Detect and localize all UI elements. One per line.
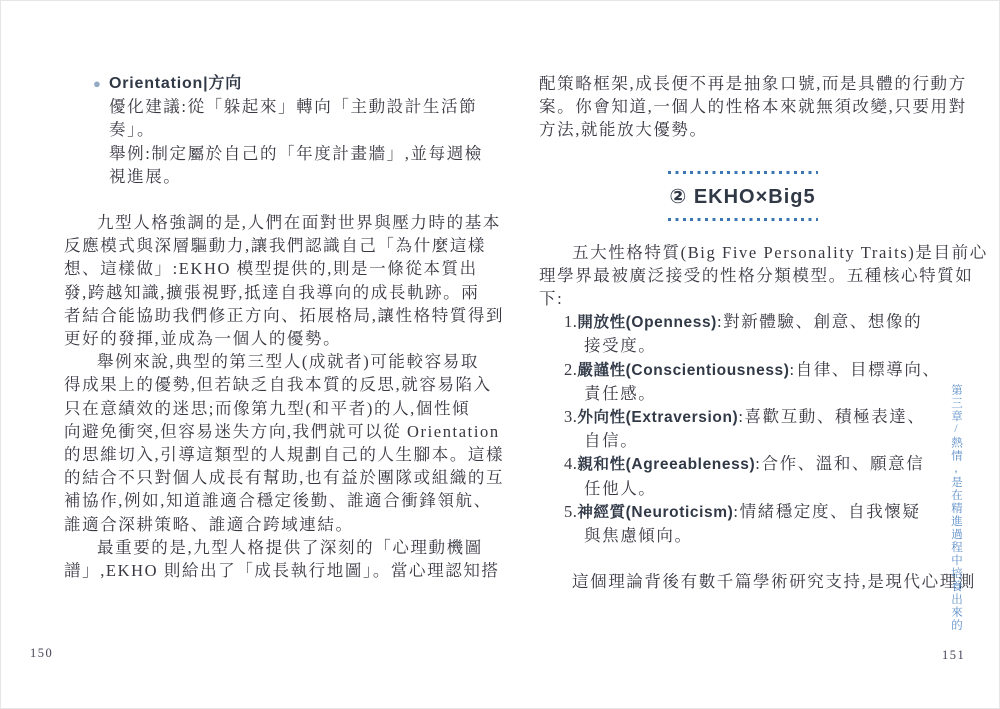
list-item: 2.嚴謹性(Conscientiousness):自律、目標導向、 責任感。 <box>539 358 946 405</box>
text-line: 得成果上的優勢,但若缺乏自我本質的反思,就容易陷入 <box>64 373 471 396</box>
text-line: 反應模式與深層驅動力,讓我們認識自己「為什麼這樣 <box>64 234 471 257</box>
text-line: 理學界最被廣泛接受的性格分類模型。五種核心特質如 <box>539 264 946 287</box>
text-line: 奏」。 <box>109 118 471 141</box>
list-text-wrap: 責任感。 <box>584 382 946 405</box>
list-number: 4. <box>564 454 577 473</box>
list-term: 開放性(Openness) <box>577 314 717 331</box>
paragraph: 最重要的是,九型人格提供了深刻的「心理動機圖譜」,EKHO 則給出了「成長執行地… <box>64 536 471 582</box>
text-line: 最重要的是,九型人格提供了深刻的「心理動機圖 <box>64 536 471 559</box>
list-number: 1. <box>564 312 577 331</box>
text-line: 想、這樣做」:EKHO 模型提供的,則是一條從本質出 <box>64 257 471 280</box>
list-term: 外向性(Extraversion) <box>577 409 738 426</box>
bullet-section: ● Orientation|方向 優化建議:從「躲起來」轉向「主動設計生活節奏」… <box>109 72 471 188</box>
paragraph: 五大性格特質(Big Five Personality Traits)是目前心理… <box>539 241 946 311</box>
list-text: :合作、溫和、願意信 <box>755 454 924 473</box>
spacer <box>539 547 946 570</box>
text-line: 向避免衝突,但容易迷失方向,我們就可以從 Orientation <box>64 420 471 443</box>
paragraph: 九型人格強調的是,人們在面對世界與壓力時的基本反應模式與深層驅動力,讓我們認識自… <box>64 211 471 350</box>
list-text: :情緒穩定度、自我懷疑 <box>733 502 920 521</box>
list-text: :對新體驗、創意、想像的 <box>717 312 922 331</box>
text-line: 的思維切入,引導這類型的人規劃自己的人生腳本。這樣 <box>64 443 471 466</box>
text-line: 案。你會知道,一個人的性格本來就無須改變,只要用對 <box>539 95 946 118</box>
bullet-section-heading: Orientation|方向 <box>109 72 471 95</box>
list-term: 親和性(Agreeableness) <box>577 456 755 473</box>
list-number: 5. <box>564 502 577 521</box>
text-line: 舉例來說,典型的第三型人(成就者)可能較容易取 <box>64 350 471 373</box>
list-text-wrap: 任他人。 <box>584 477 946 500</box>
list-text-wrap: 自信。 <box>584 429 946 452</box>
list-number: 3. <box>564 407 577 426</box>
text-line: 方法,就能放大優勢。 <box>539 118 946 141</box>
text-line: 優化建議:從「躲起來」轉向「主動設計生活節 <box>109 95 471 118</box>
paragraph: 配策略框架,成長便不再是抽象口號,而是具體的行動方案。你會知道,一個人的性格本來… <box>539 72 946 142</box>
list-text: :自律、目標導向、 <box>790 360 941 379</box>
paragraph: 這個理論背後有數千篇學術研究支持,是現代心理測 <box>539 570 946 593</box>
text-line: 譜」,EKHO 則給出了「成長執行地圖」。當心理認知搭 <box>64 559 471 582</box>
trait-list: 1.開放性(Openness):對新體驗、創意、想像的 接受度。 2.嚴謹性(C… <box>539 310 946 547</box>
page-number-left: 150 <box>30 646 53 661</box>
text-line: 視進展。 <box>109 165 471 188</box>
paragraph: 舉例來說,典型的第三型人(成就者)可能較容易取得成果上的優勢,但若缺乏自我本質的… <box>64 350 471 536</box>
text-line: 者結合能協助我們修正方向、拓展格局,讓性格特質得到 <box>64 304 471 327</box>
section-heading-block: ② EKHO×Big5 <box>539 171 946 221</box>
list-item: 5.神經質(Neuroticism):情緒穩定度、自我懷疑 與焦慮傾向。 <box>539 500 946 547</box>
section-heading: ② EKHO×Big5 <box>539 182 946 212</box>
list-text-wrap: 與焦慮傾向。 <box>584 524 946 547</box>
list-text: :喜歡互動、積極表達、 <box>738 407 925 426</box>
sidebar-chapter-title: 第三章/熱情,是在精進過程中培養出來的 <box>947 384 965 632</box>
page-left: ● Orientation|方向 優化建議:從「躲起來」轉向「主動設計生活節奏」… <box>64 72 471 582</box>
text-line: 發,跨越知識,擴張視野,抵達自我導向的成長軌跡。兩 <box>64 281 471 304</box>
list-term: 嚴謹性(Conscientiousness) <box>577 362 789 379</box>
page-number-right: 151 <box>942 648 965 663</box>
bullet-icon: ● <box>93 72 102 95</box>
text-line: 配策略框架,成長便不再是抽象口號,而是具體的行動方 <box>539 72 946 95</box>
dotted-divider-top <box>668 171 818 174</box>
text-line: 九型人格強調的是,人們在面對世界與壓力時的基本 <box>64 211 471 234</box>
list-item: 1.開放性(Openness):對新體驗、創意、想像的 接受度。 <box>539 310 946 357</box>
dotted-divider-bottom <box>668 218 818 221</box>
page-right: 配策略框架,成長便不再是抽象口號,而是具體的行動方案。你會知道,一個人的性格本來… <box>539 72 946 593</box>
text-line: 這個理論背後有數千篇學術研究支持,是現代心理測 <box>539 570 946 593</box>
list-text-wrap: 接受度。 <box>584 334 946 357</box>
spacer <box>64 188 471 211</box>
list-term: 神經質(Neuroticism) <box>577 504 733 521</box>
book-spread: ● Orientation|方向 優化建議:從「躲起來」轉向「主動設計生活節奏」… <box>0 0 1000 709</box>
text-line: 補協作,例如,知道誰適合穩定後勤、誰適合衝鋒領航、 <box>64 489 471 512</box>
text-line: 只在意績效的迷思;而像第九型(和平者)的人,個性傾 <box>64 397 471 420</box>
list-item: 4.親和性(Agreeableness):合作、溫和、願意信 任他人。 <box>539 452 946 499</box>
text-line: 更好的發揮,並成為一個人的優勢。 <box>64 327 471 350</box>
list-item: 3.外向性(Extraversion):喜歡互動、積極表達、 自信。 <box>539 405 946 452</box>
list-number: 2. <box>564 360 577 379</box>
text-line: 誰適合深耕策略、誰適合跨域連結。 <box>64 513 471 536</box>
text-line: 五大性格特質(Big Five Personality Traits)是目前心 <box>539 241 946 264</box>
text-line: 下: <box>539 287 946 310</box>
text-line: 的結合不只對個人成長有幫助,也有益於團隊或組織的互 <box>64 466 471 489</box>
bullet-section-body: 優化建議:從「躲起來」轉向「主動設計生活節奏」。舉例:制定屬於自己的「年度計畫牆… <box>109 95 471 188</box>
text-line: 舉例:制定屬於自己的「年度計畫牆」,並每週檢 <box>109 142 471 165</box>
